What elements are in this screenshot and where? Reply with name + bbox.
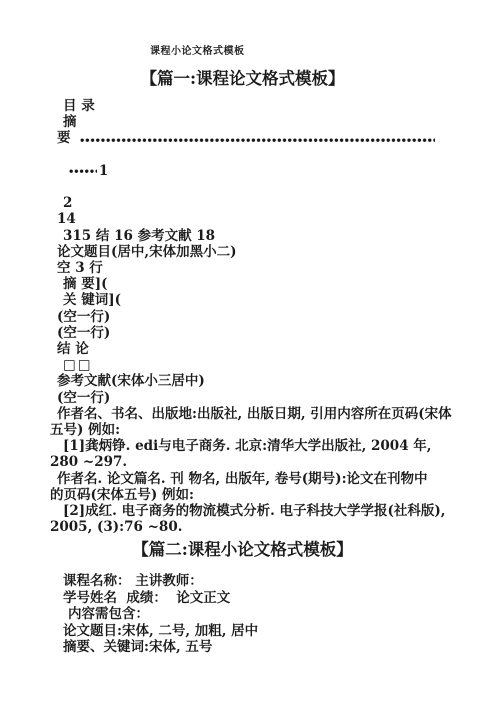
dotted-leader — [80, 137, 436, 144]
body-line-blank-row: (空一行) — [50, 390, 435, 406]
body-line-citation-example-2: [2]成红. 电子商务的物流模式分析. 电子科技大学学报(社科版), — [50, 503, 435, 519]
body-line-citation-example-2-cont: 2005, (3):76 ~80. — [50, 519, 435, 535]
body-line-student-id: 学号姓名 成绩： 论文正文 — [50, 590, 435, 607]
body-line-conclusion: 结 论 — [50, 341, 435, 357]
section2-heading: 【篇二:课程小论文格式模板】 — [50, 539, 435, 561]
body-line-paper-title-rule: 论文题目(居中,宋体加黑小二) — [50, 244, 435, 260]
toc-entry-abstract: 要 — [50, 130, 435, 146]
body-line-placeholder-boxes: □□ — [50, 357, 435, 373]
body-line-blank-row: (空一行) — [50, 325, 435, 341]
body-line-abstract-tag: 摘 要]( — [50, 276, 435, 292]
body-line-abstract-format: 摘要、关键词:宋体, 五号 — [50, 639, 435, 656]
body-line-journal-citation-rule-cont: 的页码(宋体五号) 例如: — [50, 487, 435, 503]
document-header-title: 课程小论文格式模板 — [150, 46, 435, 58]
body-line-book-citation-rule: 作者名、书名、出版地:出版社, 出版日期, 引用内容所在页码(宋体 — [50, 406, 435, 422]
body-line-blank-row: (空一行) — [50, 309, 435, 325]
body-line-book-citation-rule-cont: 五号) 例如: — [50, 422, 435, 438]
dotted-leader — [69, 168, 97, 175]
toc-page-14: 14 — [50, 211, 435, 227]
section1-heading: 【篇一:课程论文格式模板】 — [50, 68, 435, 90]
body-line-keywords-tag: 关 键词]( — [50, 292, 435, 308]
body-line-course-name: 课程名称： 主讲教师： — [50, 573, 435, 590]
document-page: 课程小论文格式模板 【篇一:课程论文格式模板】 目 录 摘 要 1 2 14 3… — [0, 0, 500, 707]
body-line-journal-citation-rule: 作者名. 论文篇名. 刊 物名, 出版年, 卷号(期号):论文在刊物中 — [50, 471, 435, 487]
toc-refs-row: 315 结 16 参考文献 18 — [50, 228, 435, 244]
toc-abstract-label-top: 摘 — [50, 114, 435, 130]
body-line-citation-example-1: [1]龚炳铮. edi与电子商务. 北京:清华大学出版社, 2004 年, — [50, 438, 435, 454]
body-line-content-requirements: 内容需包含： — [50, 606, 435, 623]
toc-title: 目 录 — [50, 98, 435, 114]
toc-page-number-abstract: 1 — [99, 163, 108, 179]
toc-entry-abstract-continuation: 1 — [50, 147, 435, 196]
body-line-title-format: 论文题目:宋体, 二号, 加粗, 居中 — [50, 623, 435, 640]
body-line-references-heading: 参考文献(宋体小三居中) — [50, 373, 435, 389]
body-line-blank-3-rows: 空 3 行 — [50, 260, 435, 276]
toc-page-2: 2 — [50, 195, 435, 211]
toc-entry-label: 要 — [57, 130, 71, 146]
body-line-citation-example-1-cont: 280 ~297. — [50, 454, 435, 470]
